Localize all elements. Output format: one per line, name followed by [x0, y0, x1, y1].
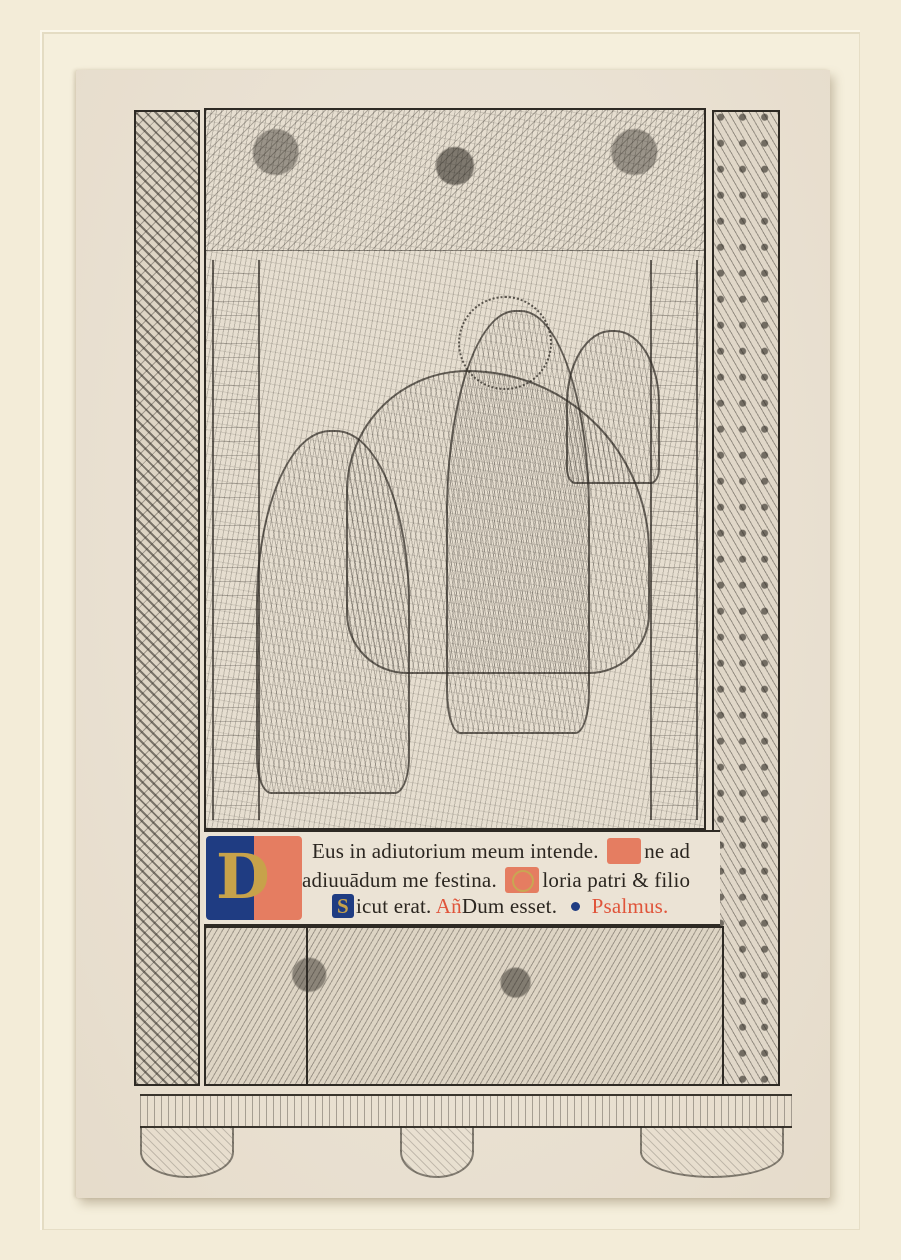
arch-with-angels-and-green-man — [206, 110, 704, 251]
latin-text-block: D Eus in adiutorium meum intende. ne ad … — [204, 830, 720, 926]
text-line-1-end: ne ad — [644, 839, 690, 863]
psalm-label: Psalmus. — [592, 894, 669, 918]
bottom-cornice — [140, 1094, 792, 1128]
text-line-3-body: icut erat. — [356, 894, 431, 918]
bottom-panel-divider — [306, 928, 308, 1084]
flight-into-egypt-scene — [204, 108, 706, 830]
text-line-3: Sicut erat. AñDum esset. Psalmus. — [332, 894, 669, 919]
antiphon-text: Dum esset. — [462, 894, 557, 918]
bottom-grotesque-panel — [204, 926, 724, 1086]
left-gothic-pillar — [212, 260, 260, 820]
blue-initial-s: S — [332, 894, 354, 918]
text-line-1: Eus in adiutorium meum intende. ne ad — [312, 838, 690, 864]
blue-paragraph-mark — [571, 902, 580, 911]
left-ornamental-border — [134, 110, 200, 1086]
right-pendant-ornament — [640, 1126, 784, 1178]
left-pendant-ornament — [140, 1126, 234, 1178]
rubric-initial-g — [505, 867, 539, 893]
center-pendant-ornament — [400, 1126, 474, 1178]
text-line-2-body: adiuuādum me festina. — [302, 868, 497, 892]
initial-d-letter: D — [216, 842, 270, 912]
right-gothic-pillar — [650, 260, 698, 820]
text-line-2: adiuuādum me festina. loria patri & fili… — [302, 867, 690, 893]
illuminated-initial-d: D — [206, 836, 302, 920]
background-figures — [566, 330, 660, 484]
text-line-1-body: Eus in adiutorium meum intende. — [312, 839, 599, 863]
rubric-initial-d — [607, 838, 641, 864]
antiphon-mark: Añ — [436, 894, 462, 918]
text-line-2-end: loria patri & filio — [542, 868, 690, 892]
